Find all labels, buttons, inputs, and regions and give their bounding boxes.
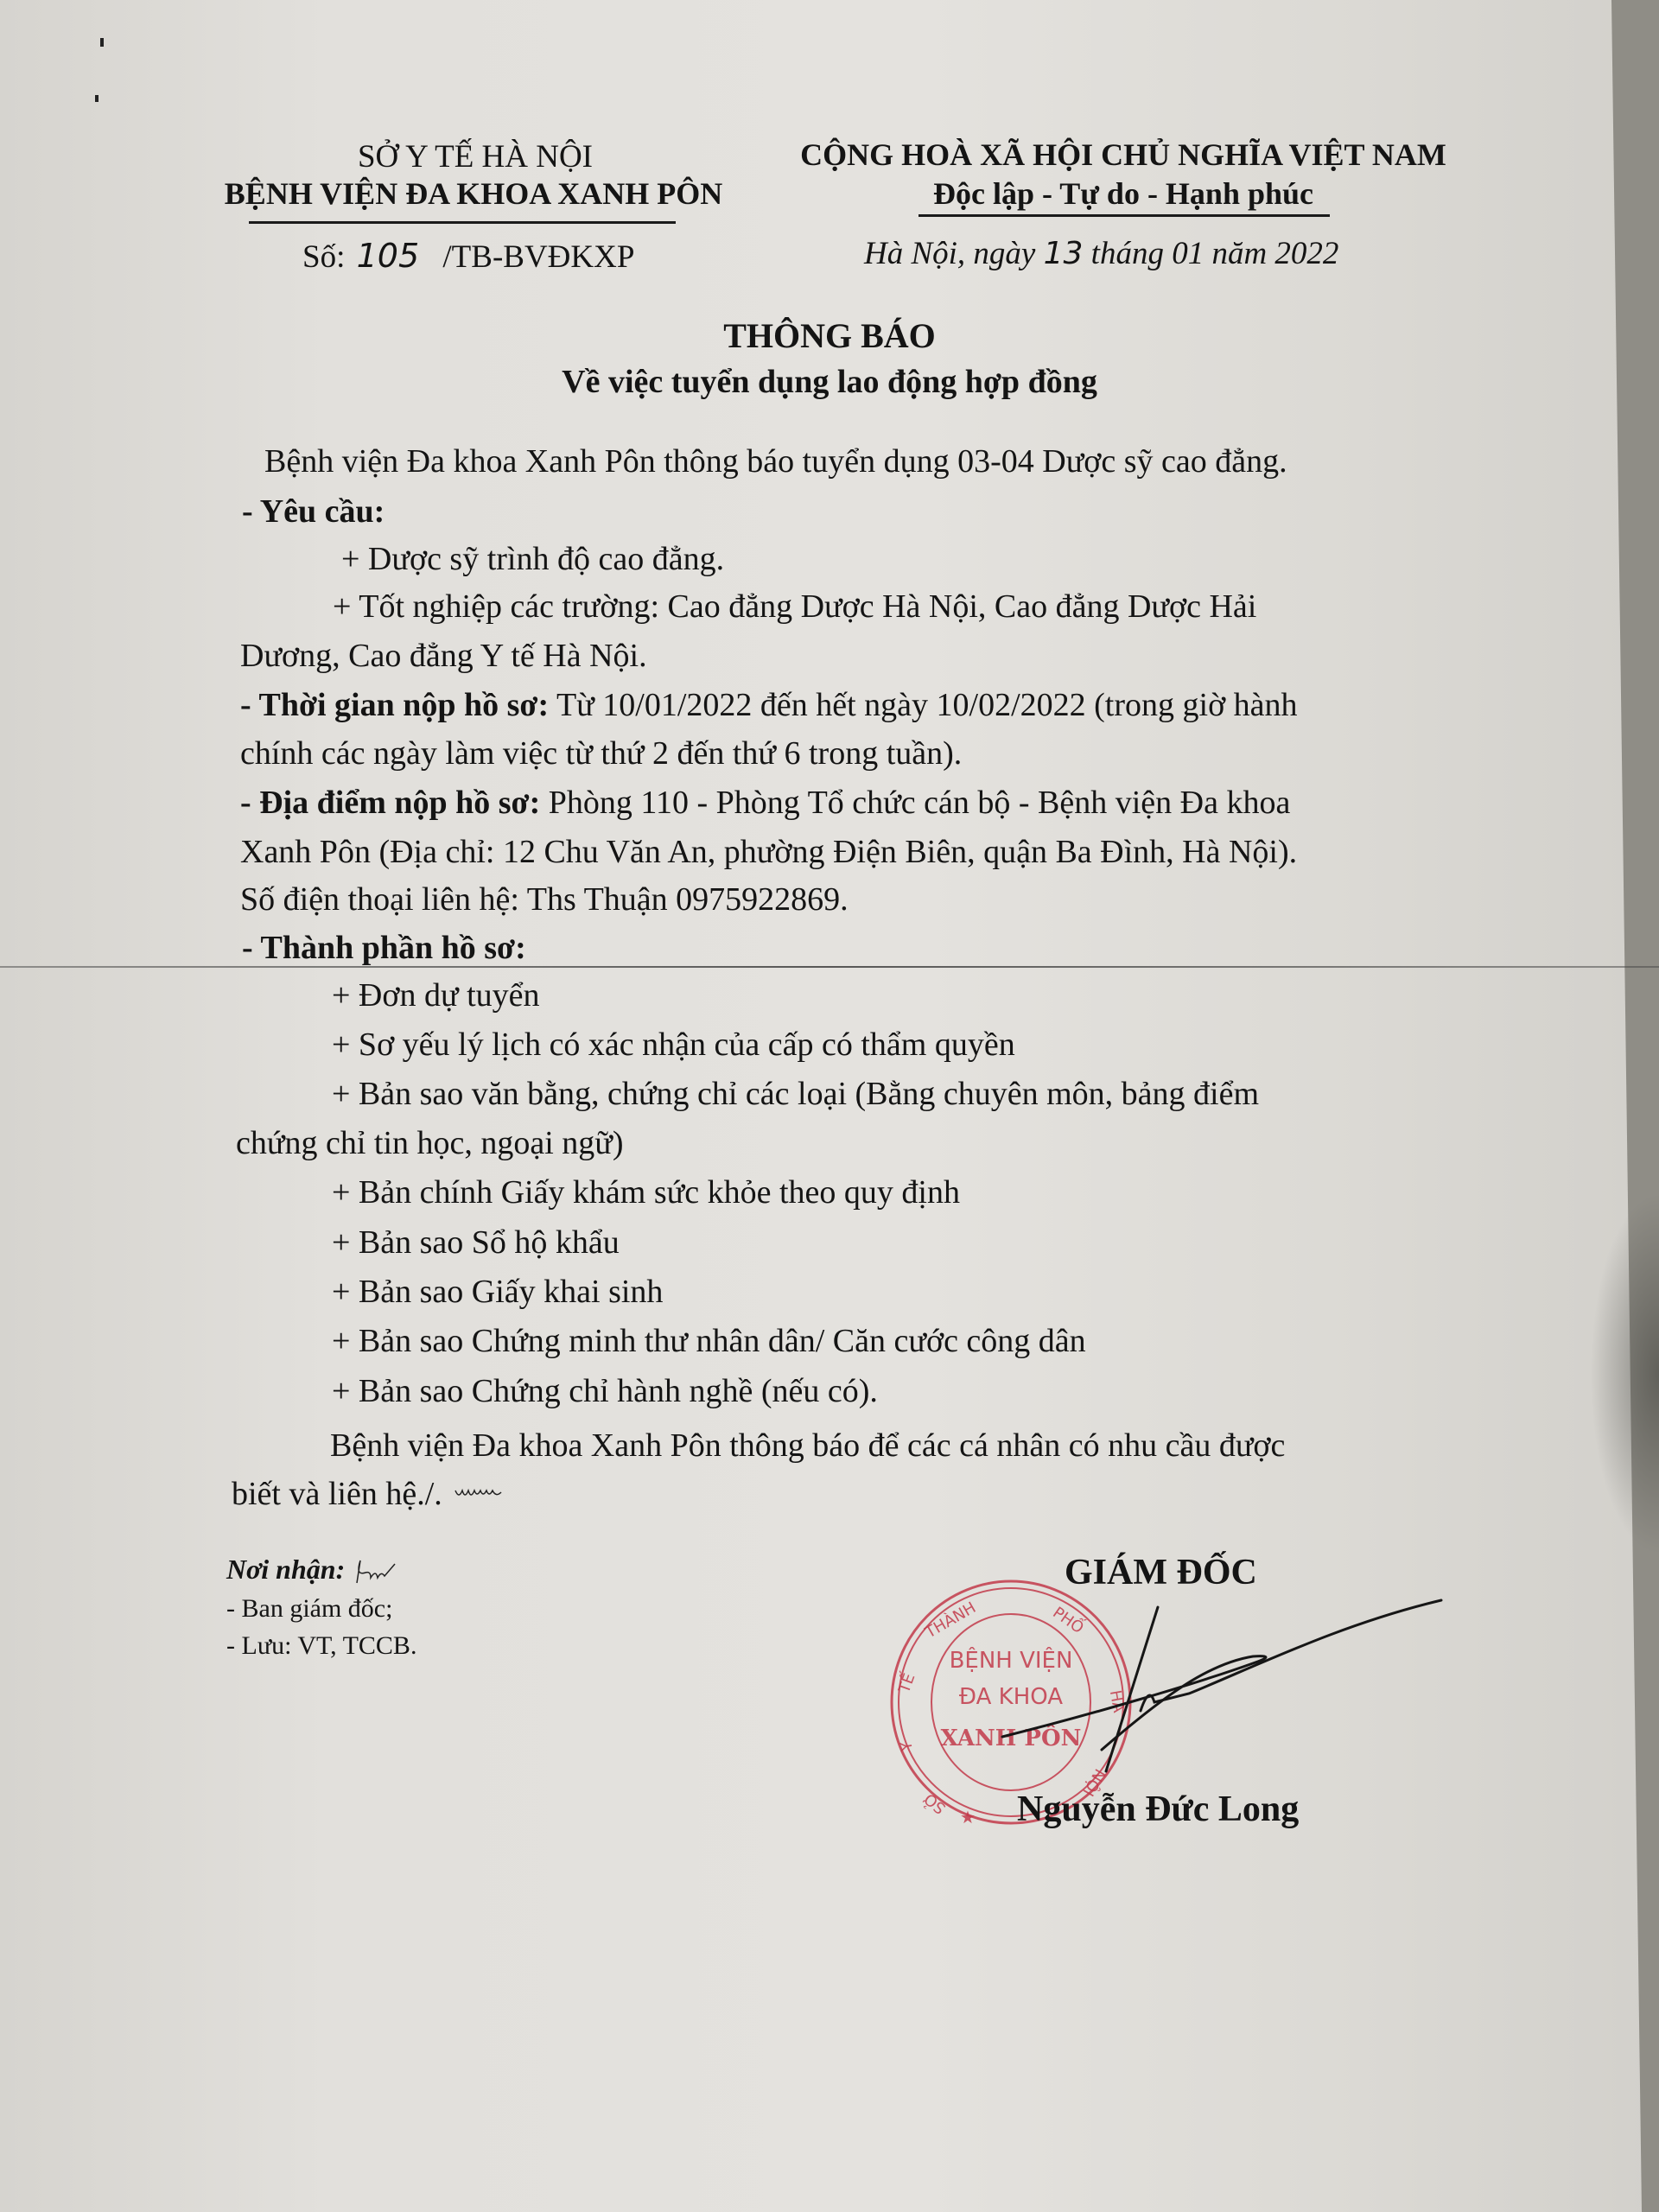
initials-icon: [352, 1555, 404, 1590]
svg-text:★: ★: [960, 1807, 976, 1827]
recipients-label-text: Nơi nhận:: [226, 1554, 345, 1585]
document-item: + Bản sao Sổ hộ khẩu: [332, 1226, 620, 1259]
date-day-handwritten: 13: [1044, 236, 1084, 271]
closing-text: biết và liên hệ./.: [232, 1476, 442, 1512]
paper-fold-line: [0, 966, 1659, 968]
contact-phone: Số điện thoại liên hệ: Ths Thuận 0975922…: [240, 883, 849, 916]
document-item-continued: chứng chỉ tin học, ngoại ngữ): [236, 1127, 624, 1160]
number-suffix: /TB-BVĐKXP: [442, 239, 634, 275]
recipient-item: - Ban giám đốc;: [226, 1594, 392, 1624]
submission-time-value: Từ 10/01/2022 đến hết ngày 10/02/2022 (t…: [556, 687, 1298, 723]
closing-line: Bệnh viện Đa khoa Xanh Pôn thông báo để …: [330, 1429, 1285, 1462]
submission-time-continued: chính các ngày làm việc từ thứ 2 đến thứ…: [240, 737, 962, 770]
document-number: Số: 105 /TB-BVĐKXP: [302, 237, 634, 276]
date-prefix: Hà Nội, ngày: [864, 236, 1035, 271]
requirement-item: + Dược sỹ trình độ cao đẳng.: [341, 543, 724, 575]
signer-name: Nguyễn Đức Long: [1017, 1789, 1299, 1830]
submission-time: - Thời gian nộp hồ sơ: Từ 10/01/2022 đến…: [240, 689, 1298, 721]
document-item: + Bản sao Giấy khai sinh: [332, 1275, 663, 1308]
notice-subtitle: Về việc tuyển dụng lao động hợp đồng: [389, 363, 1270, 401]
closing-line-continued: biết và liên hệ./.: [232, 1478, 512, 1510]
ministry-name: SỞ Y TẾ HÀ NỘI: [207, 138, 743, 175]
document-item: + Bản sao văn bằng, chứng chỉ các loại (…: [332, 1077, 1259, 1110]
documents-label: - Thành phần hồ sơ:: [242, 931, 526, 964]
document-item: + Sơ yếu lý lịch có xác nhận của cấp có …: [332, 1028, 1015, 1061]
submission-address: Xanh Pôn (Địa chỉ: 12 Chu Văn An, phường…: [240, 836, 1297, 868]
document-item: + Bản chính Giấy khám sức khỏe theo quy …: [332, 1176, 960, 1209]
requirement-item-continued: Dương, Cao đẳng Y tế Hà Nội.: [240, 639, 647, 672]
document-item: + Bản sao Chứng minh thư nhân dân/ Căn c…: [332, 1325, 1086, 1357]
date-suffix: tháng 01 năm 2022: [1091, 236, 1339, 271]
hospital-underline: [249, 221, 676, 224]
document-item: + Bản sao Chứng chỉ hành nghề (nếu có).: [332, 1375, 878, 1408]
requirement-item: + Tốt nghiệp các trường: Cao đẳng Dược H…: [333, 590, 1256, 623]
country-name: CỘNG HOÀ XÃ HỘI CHỦ NGHĨA VIỆT NAM: [760, 137, 1486, 173]
recipients-label: Nơi nhận:: [226, 1554, 404, 1590]
motto-underline: [918, 214, 1330, 217]
national-motto: Độc lập - Tự do - Hạnh phúc: [864, 175, 1382, 212]
submission-time-label: - Thời gian nộp hồ sơ:: [240, 687, 549, 723]
punch-mark: [95, 95, 99, 102]
submission-place: - Địa điểm nộp hồ sơ: Phòng 110 - Phòng …: [240, 786, 1290, 819]
handwritten-signature-icon: [950, 1564, 1452, 1789]
svg-text:SỞ: SỞ: [918, 1788, 950, 1819]
submission-place-value: Phòng 110 - Phòng Tổ chức cán bộ - Bệnh …: [549, 785, 1291, 821]
number-handwritten: 105: [357, 237, 420, 275]
svg-text:Y: Y: [897, 1739, 917, 1753]
svg-text:TẾ: TẾ: [893, 1669, 919, 1696]
document-item: + Đơn dự tuyển: [332, 979, 540, 1012]
requirements-label: - Yêu cầu:: [242, 495, 385, 528]
punch-mark: [100, 38, 104, 47]
intro-paragraph: Bệnh viện Đa khoa Xanh Pôn thông báo tuy…: [264, 445, 1287, 478]
number-label: Số:: [302, 239, 345, 275]
recipient-item: - Lưu: VT, TCCB.: [226, 1631, 416, 1661]
notice-title: THÔNG BÁO: [432, 315, 1227, 356]
hospital-name: BỆNH VIỆN ĐA KHOA XANH PÔN: [197, 175, 750, 212]
initials-icon: [452, 1478, 512, 1504]
issue-date: Hà Nội, ngày 13 tháng 01 năm 2022: [864, 235, 1338, 272]
submission-place-label: - Địa điểm nộp hồ sơ:: [240, 785, 540, 821]
finger-shadow: [1590, 1192, 1659, 1555]
